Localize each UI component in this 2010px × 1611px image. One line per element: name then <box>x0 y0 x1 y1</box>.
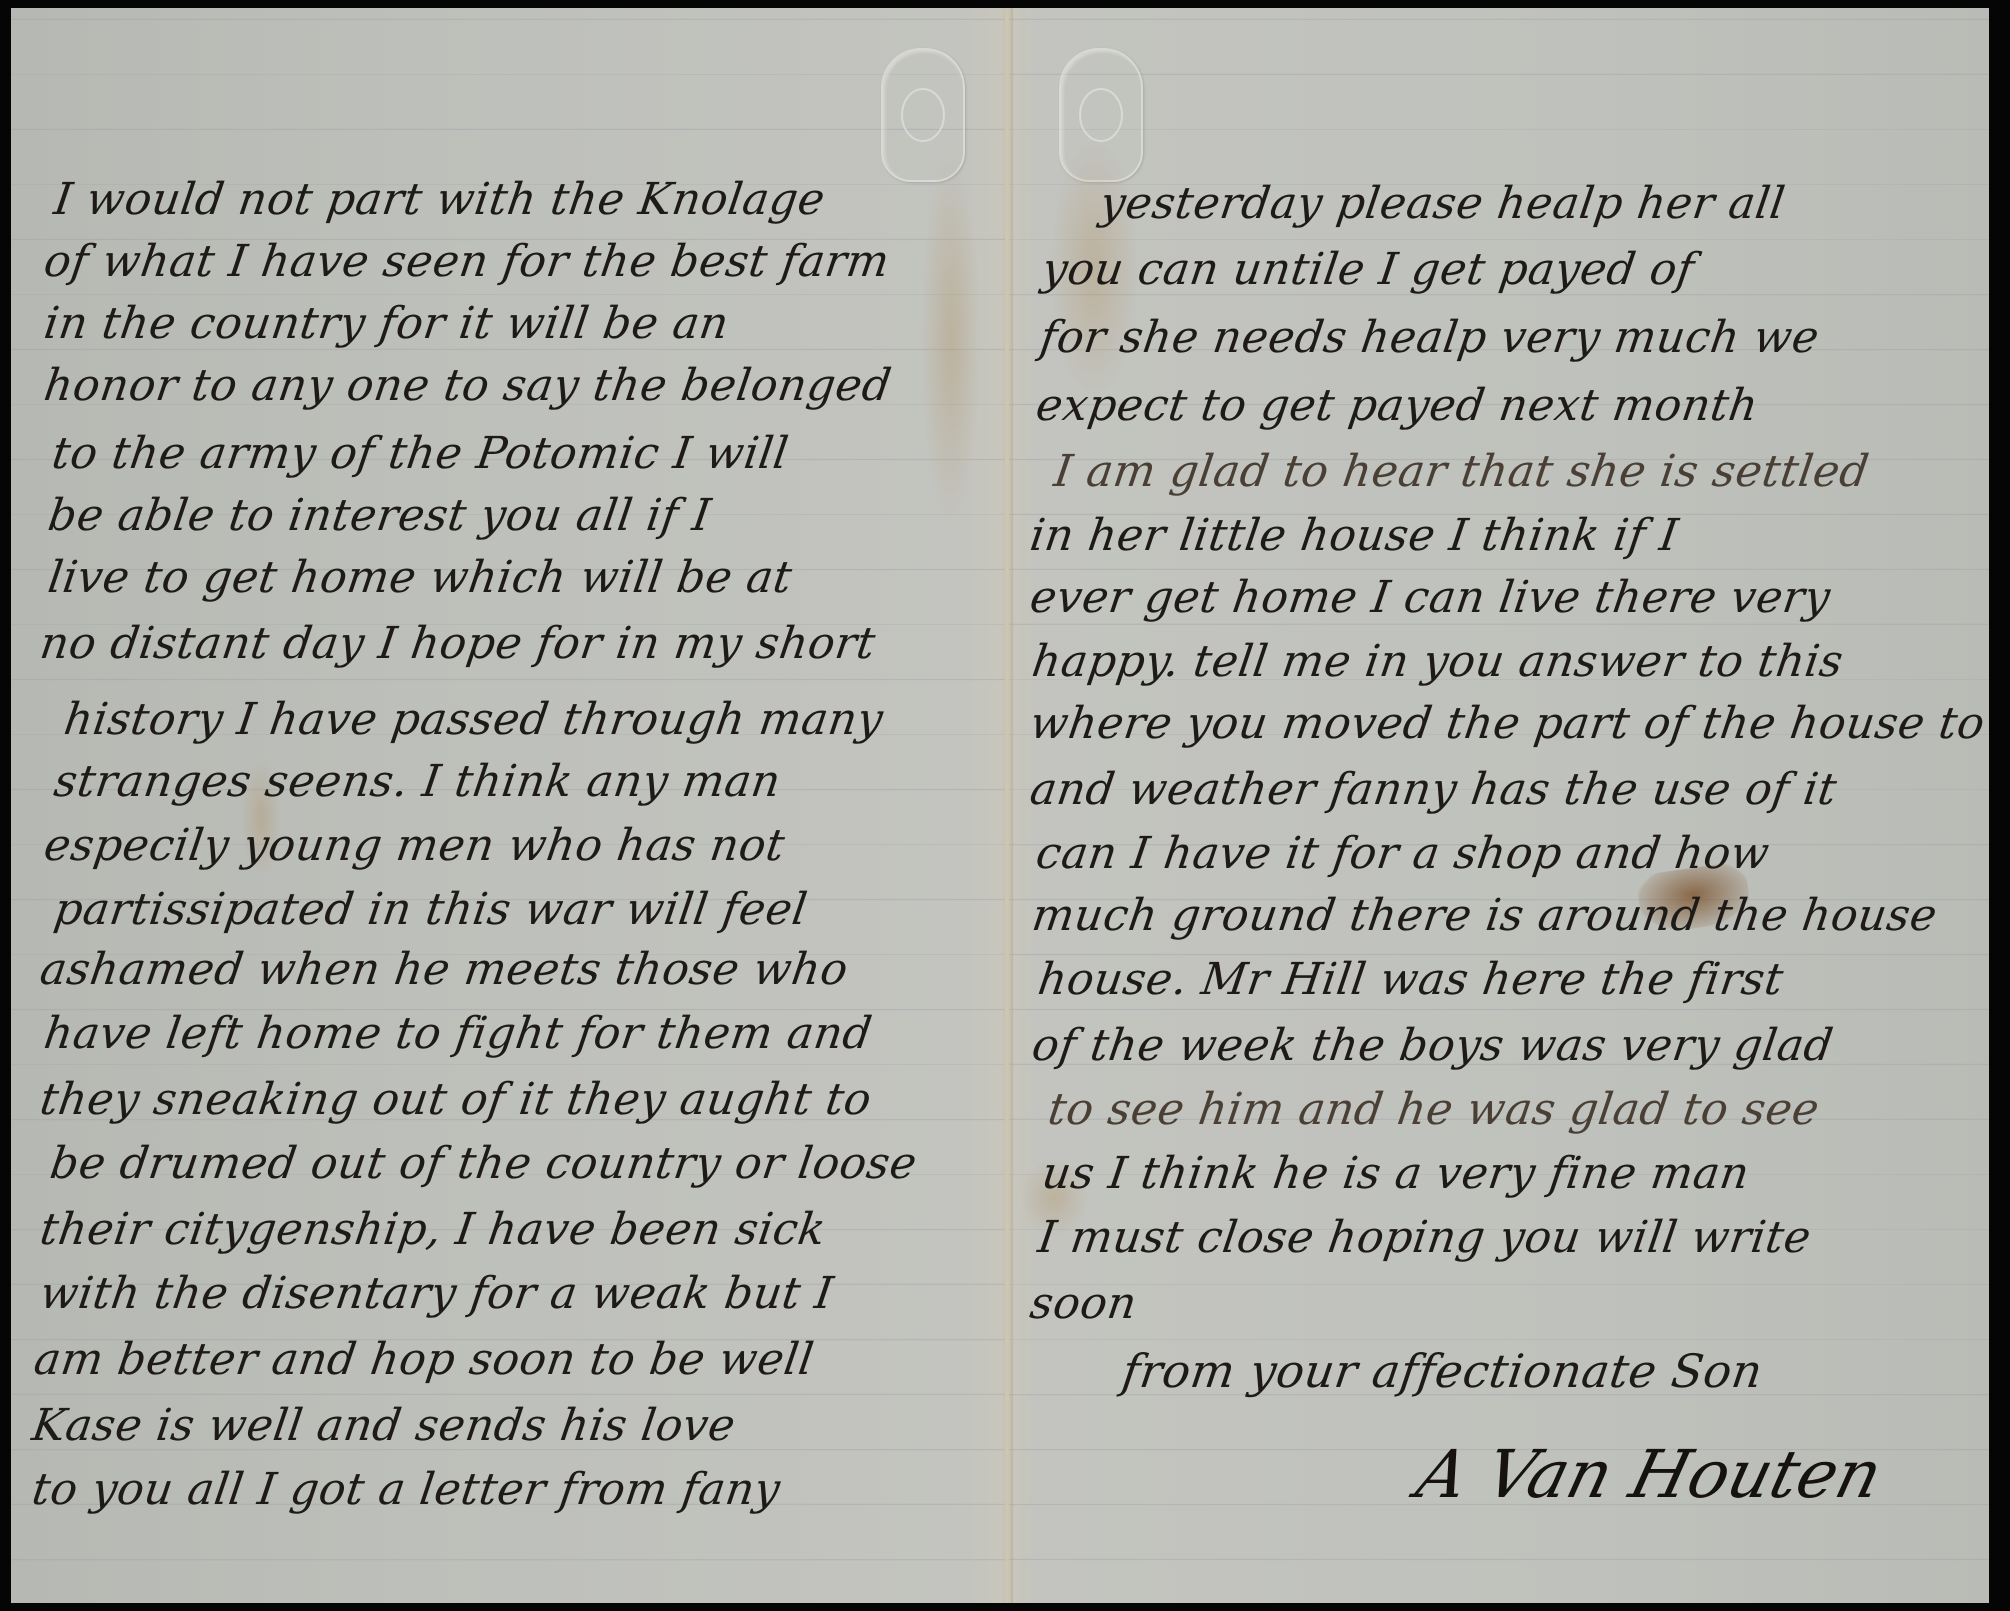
text-line: and weather fanny has the use of it <box>1027 764 1840 815</box>
text-line: Kase is well and sends his love <box>29 1400 739 1451</box>
text-line: stranges seens. I think any man <box>51 756 784 807</box>
text-line: partissipated in this war will feel <box>51 884 811 935</box>
text-line: of what I have seen for the best farm <box>41 236 893 287</box>
letter-sheet: I would not part with the Knolage of wha… <box>11 8 1989 1603</box>
text-line: yesterday please healp her all <box>1097 178 1788 229</box>
text-line: am better and hop soon to be well <box>31 1334 817 1385</box>
text-line: ashamed when he meets those who <box>37 944 851 995</box>
text-line: with the disentary for a weak but I <box>37 1268 837 1319</box>
right-page: yesterday please healp her all you can u… <box>1009 8 1989 1603</box>
text-line: where you moved the part of the house to <box>1027 698 1988 749</box>
text-line: ever get home I can live there very <box>1027 572 1834 623</box>
text-line: to you all I got a letter from fany <box>29 1464 784 1515</box>
text-line: can I have it for a shop and how <box>1033 828 1773 879</box>
closing-salutation: from your affectionate Son <box>1119 1344 1766 1398</box>
text-line: I must close hoping you will write <box>1035 1212 1814 1263</box>
signature: A Van Houten <box>1409 1436 1889 1513</box>
left-page: I would not part with the Knolage of wha… <box>11 8 1005 1603</box>
text-line: I am glad to hear that she is settled <box>1051 446 1872 497</box>
text-line: you can untile I get payed of <box>1039 244 1698 295</box>
text-line: be able to interest you all if I <box>45 490 714 541</box>
text-line: have left home to fight for them and <box>41 1008 875 1059</box>
text-line: house. Mr Hill was here the first <box>1035 954 1787 1005</box>
text-line: I would not part with the Knolage <box>51 174 828 225</box>
text-line: history I have passed through many <box>61 694 886 745</box>
text-line: much ground there is around the house <box>1029 890 1940 941</box>
text-line: to the army of the Potomic I will <box>49 428 792 479</box>
text-line: honor to any one to say the belonged <box>41 360 895 411</box>
stain <box>921 148 981 528</box>
text-line: in her little house I think if I <box>1027 510 1682 561</box>
text-line: their citygenship, I have been sick <box>37 1204 829 1255</box>
text-line: to see him and he was glad to see <box>1045 1084 1823 1135</box>
text-line: they sneaking out of it they aught to <box>37 1074 875 1125</box>
text-line: be drumed out of the country or loose <box>47 1138 920 1189</box>
text-line: happy. tell me in you answer to this <box>1029 636 1846 687</box>
text-line: no distant day I hope for in my short <box>37 618 879 669</box>
text-line: live to get home which will be at <box>45 552 795 603</box>
text-line: soon <box>1027 1278 1140 1329</box>
text-line: in the country for it will be an <box>41 298 732 349</box>
text-line: especily young men who has not <box>41 820 788 871</box>
text-line: expect to get payed next month <box>1033 380 1761 431</box>
text-line: us I think he is a very fine man <box>1039 1148 1753 1199</box>
text-line: of the week the boys was very glad <box>1029 1020 1836 1071</box>
text-line: for she needs healp very much we <box>1037 312 1822 363</box>
